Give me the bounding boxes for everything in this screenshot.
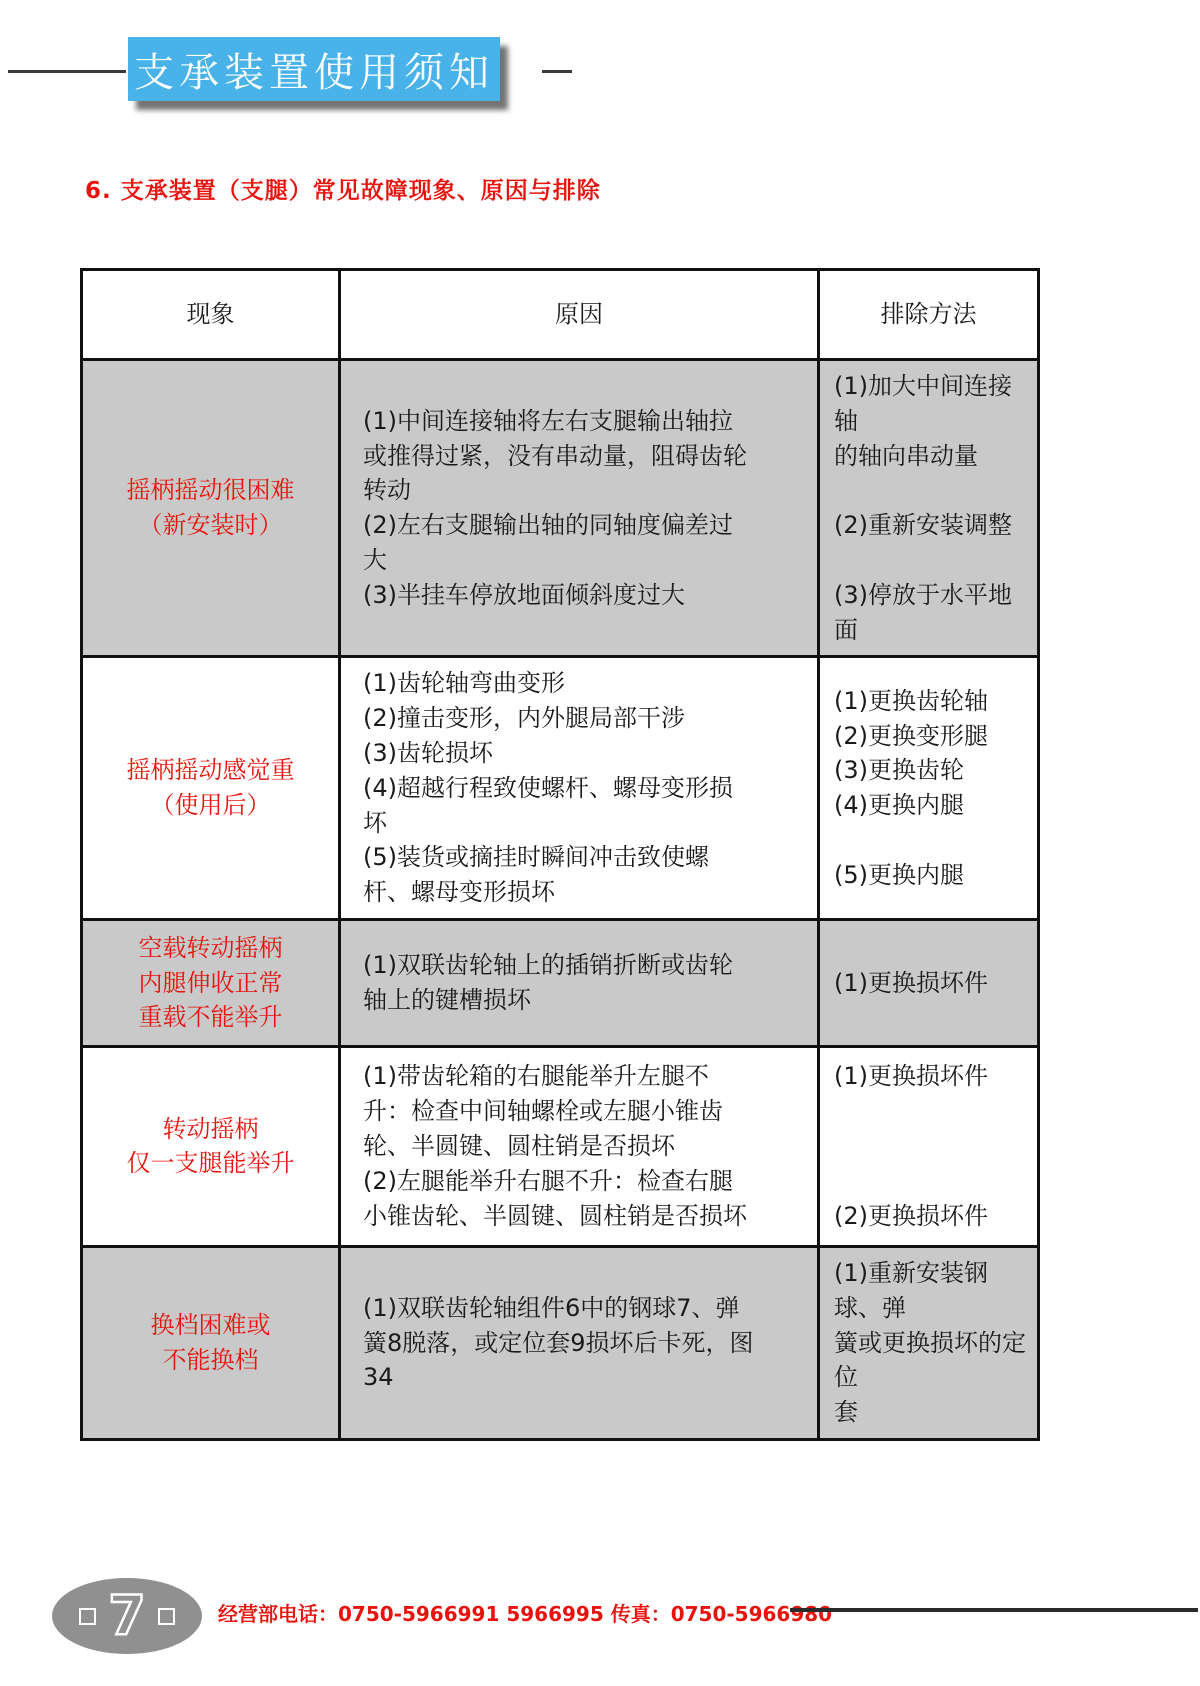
banner-rule-left [8,70,126,73]
cell-remedy-4: (1)更换损坏件 (2)更换损坏件 [819,1046,1039,1246]
cell-cause-1: (1)中间连接轴将左右支腿输出轴拉 或推得过紧，没有串动量，阻碍齿轮 转动 (2… [340,360,819,657]
table-row: 换档困难或 不能换档 (1)双联齿轮轴组件6中的钢球7、弹 簧8脱落，或定位套9… [82,1246,1039,1439]
table-row: 摇柄摇动很困难 （新安装时） (1)中间连接轴将左右支腿输出轴拉 或推得过紧，没… [82,360,1039,657]
cell-cause-3: (1)双联齿轮轴上的插销折断或齿轮 轴上的键槽损坏 [340,919,819,1046]
footer-contact: 经营部电话：0750-5966991 5966995 传真：0750-59669… [218,1598,832,1627]
table-row: 转动摇柄 仅一支腿能举升 (1)带齿轮箱的右腿能举升左腿不 升：检查中间轴螺栓或… [82,1046,1039,1246]
table-row: 摇柄摇动感觉重 （使用后） (1)齿轮轴弯曲变形 (2)撞击变形，内外腿局部干涉… [82,657,1039,920]
page-number-square-left-icon [79,1608,96,1625]
banner-rule-right [542,70,572,73]
table-header-cause: 原因 [340,270,819,360]
cell-phenomenon-2: 摇柄摇动感觉重 （使用后） [82,657,340,920]
cell-remedy-3: (1)更换损坏件 [819,919,1039,1046]
section-heading: 6. 支承装置（支腿）常见故障现象、原因与排除 [85,172,601,205]
cell-phenomenon-4: 转动摇柄 仅一支腿能举升 [82,1046,340,1246]
cell-cause-2: (1)齿轮轴弯曲变形 (2)撞击变形，内外腿局部干涉 (3)齿轮损坏 (4)超越… [340,657,819,920]
fault-table: 现象 原因 排除方法 摇柄摇动很困难 （新安装时） (1)中间连接轴将左右支腿输… [80,268,1040,1441]
cell-phenomenon-5: 换档困难或 不能换档 [82,1246,340,1439]
cell-remedy-5: (1)重新安装钢球、弹 簧或更换损坏的定位 套 [819,1246,1039,1439]
cell-remedy-1: (1)加大中间连接轴 的轴向串动量 (2)重新安装调整 (3)停放于水平地面 [819,360,1039,657]
cell-cause-5: (1)双联齿轮轴组件6中的钢球7、弹 簧8脱落，或定位套9损坏后卡死，图 34 [340,1246,819,1439]
cell-phenomenon-3: 空载转动摇柄 内腿伸收正常 重载不能举升 [82,919,340,1046]
cell-remedy-2: (1)更换齿轮轴 (2)更换变形腿 (3)更换齿轮 (4)更换内腿 (5)更换内… [819,657,1039,920]
page-number-badge: 7 [52,1578,202,1654]
table-header-row: 现象 原因 排除方法 [82,270,1039,360]
table-header-phenomenon: 现象 [82,270,340,360]
cell-phenomenon-1: 摇柄摇动很困难 （新安装时） [82,360,340,657]
page-banner: 支承装置使用须知 [128,37,500,101]
banner-title: 支承装置使用须知 [134,41,494,98]
footer-rule [790,1608,1198,1612]
page-number-square-right-icon [158,1608,175,1625]
page-number: 7 [108,1589,146,1643]
table-row: 空载转动摇柄 内腿伸收正常 重载不能举升 (1)双联齿轮轴上的插销折断或齿轮 轴… [82,919,1039,1046]
table-header-remedy: 排除方法 [819,270,1039,360]
cell-cause-4: (1)带齿轮箱的右腿能举升左腿不 升：检查中间轴螺栓或左腿小锥齿 轮、半圆键、圆… [340,1046,819,1246]
document-page: 支承装置使用须知 6. 支承装置（支腿）常见故障现象、原因与排除 现象 原因 排… [0,0,1200,1686]
